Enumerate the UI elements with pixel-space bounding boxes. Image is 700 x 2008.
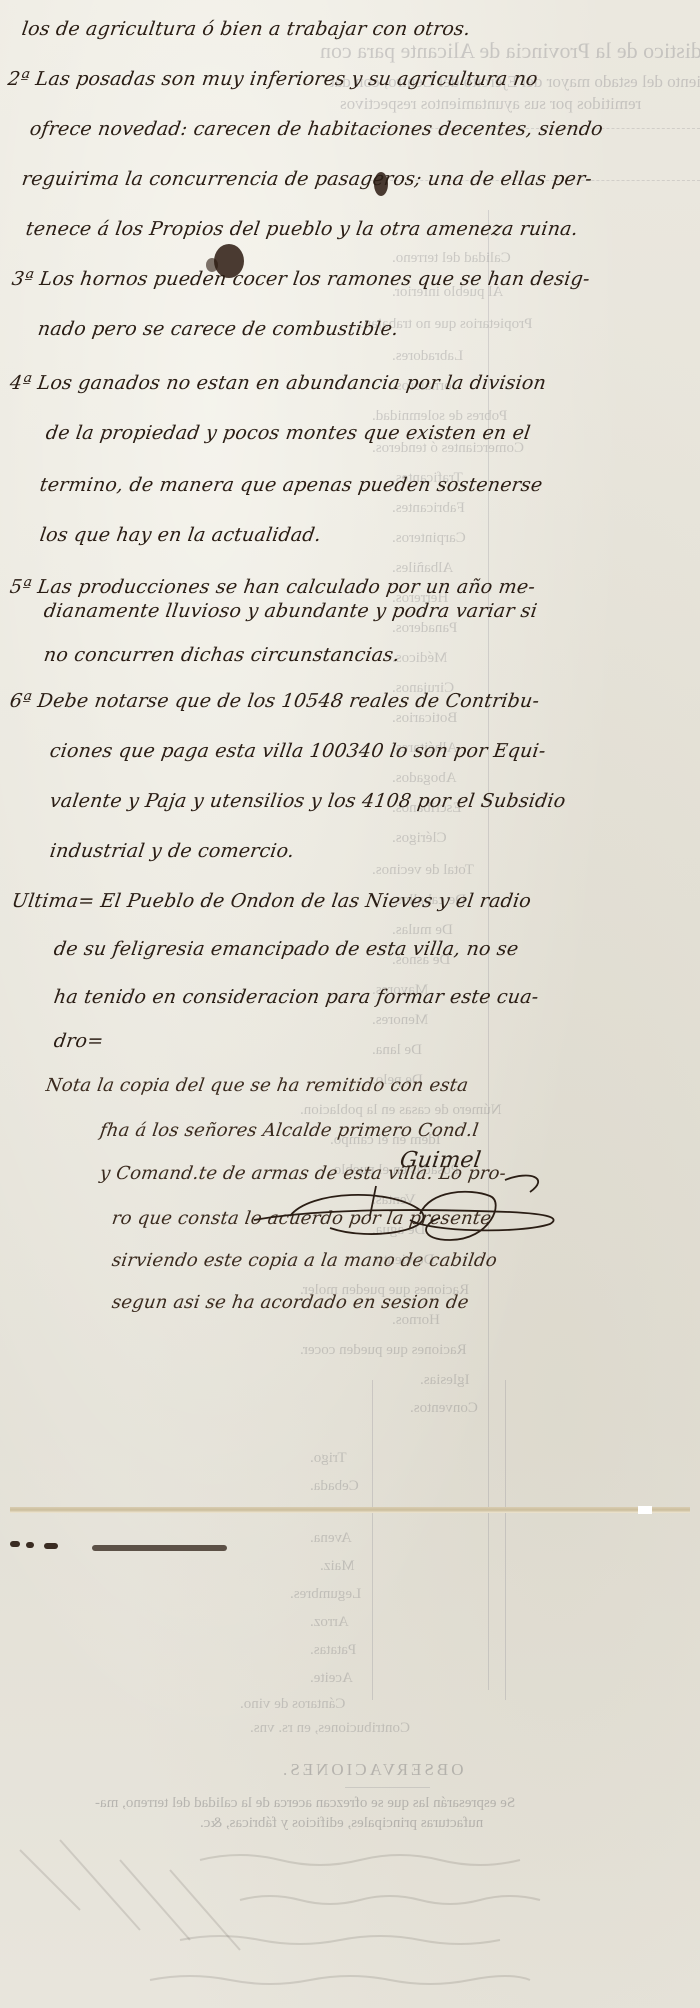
bleed-observaciones-text: Se espresarán las que se ofrezcan acerca… [95,1795,515,1812]
bleed-form-row: Trigo. [310,1450,347,1467]
bleed-form-row: Menores. [372,1012,428,1029]
ink-mark [10,1541,20,1547]
text-line: dianamente lluvioso y abundante y podra … [42,600,538,622]
bleed-form-row: Patatas. [310,1642,356,1659]
bleed-form-row: Cebada. [310,1478,359,1495]
bleed-form-row: Contribuciones, en rs. vns. [250,1720,410,1737]
bleed-form-row: Avena. [310,1530,352,1547]
text-line: ofrece novedad: carecen de habitaciones … [28,118,604,140]
bleed-form-row: De mulas. [392,922,453,939]
text-line: Ultima= El Pueblo de Ondon de las Nieves… [10,890,532,912]
bleed-form-row: Raciones que pueden cocer. [300,1342,467,1359]
bleed-form-row: Iglesias. [420,1372,470,1389]
ink-mark [44,1543,58,1549]
bleed-form-row: Conventos. [410,1400,478,1417]
text-line: valente y Paja y utensilios y los 4108 p… [48,790,567,812]
bleed-form-row: Médicos. [392,650,447,667]
bleed-through-handwriting [0,1830,700,2008]
text-line: dro= [52,1030,104,1052]
text-line: 3ª Los hornos pueden cocer los ramones q… [10,268,591,290]
signature-flourish [250,1170,570,1250]
text-line: de su feligresia emancipado de esta vill… [52,938,519,960]
bleed-form-row: Fabricantes. [392,500,465,517]
text-line: los que hay en la actualidad. [38,524,322,546]
text-line: reguirima la concurrencia de pasageros; … [20,168,593,190]
text-line: industrial y de comercio. [48,840,295,862]
bleed-form-row: Albañiles. [392,560,453,577]
text-line: 5ª Las producciones se han calculado por… [8,576,536,598]
bleed-column-line [372,1380,373,1700]
text-line: 2ª Las posadas son muy inferiores y su a… [6,68,539,90]
bleed-form-row: Calidad del terreno. [392,250,511,267]
bleed-form-row: Hornos. [392,1312,440,1329]
text-line: termino, de manera que apenas pueden sos… [38,474,544,496]
text-line: ha tenido en consideracion para formar e… [52,986,540,1008]
bleed-form-row: Cántaros de vino. [240,1696,345,1713]
bleed-form-row: Clérigos. [392,830,447,847]
ink-mark [92,1545,227,1551]
manuscript-page: Cuadro estadistico de la Provincia de Al… [0,0,700,2008]
bleed-form-row: Maiz. [320,1558,355,1575]
bleed-through-title: Cuadro estadistico de la Provincia de Al… [320,38,700,64]
note-line: Nota la copia del que se ha remitido con… [45,1075,470,1096]
bleed-form-row: Labradores. [392,348,463,365]
paper-tear [638,1506,652,1514]
bleed-form-row: Carpinteros. [392,530,466,547]
bleed-observaciones-heading: OBSERVACIONES. [280,1760,463,1780]
text-line: nado pero se carece de combustible. [36,318,399,340]
text-line: los de agricultura ó bien a trabajar con… [20,18,471,40]
bleed-form-row: Abogados. [392,770,457,787]
bleed-form-row: De lana. [372,1042,422,1059]
text-line: tenece á los Propios del pueblo y la otr… [24,218,579,240]
text-line: 4ª Los ganados no estan en abundancia po… [8,372,547,394]
bleed-column-line [505,1380,506,1700]
bleed-through-subtitle-2: remitidos por sus ayuntamientos respecti… [340,94,641,114]
bleed-rule [345,1787,430,1788]
text-line: 6ª Debe notarse que de los 10548 reales … [8,690,540,712]
bleed-form-row: Panaderos. [392,620,457,637]
text-line: de la propiedad y pocos montes que exist… [44,422,532,444]
note-line: sirviendo este copia a la mano de cabild… [111,1250,499,1271]
bleed-form-row: Total de vecinos. [372,862,474,879]
paper-fold-crease [10,1507,690,1513]
ink-mark [26,1542,34,1548]
bleed-form-row: Aceite. [310,1670,353,1687]
text-line: no concurren dichas circunstancias. [42,644,401,666]
bleed-form-row: Arroz. [310,1614,349,1631]
note-line: fha á los señores Alcalde primero Cond.l [99,1120,480,1141]
bleed-form-row: Legumbres. [290,1586,361,1603]
text-line: ciones que paga esta villa 100340 lo son… [48,740,547,762]
bleed-form-row: Número de casas en la poblacion. [300,1102,502,1119]
bleed-form-row: Boticarios. [392,710,457,727]
note-line: segun asi se ha acordado en sesion de [111,1292,471,1313]
